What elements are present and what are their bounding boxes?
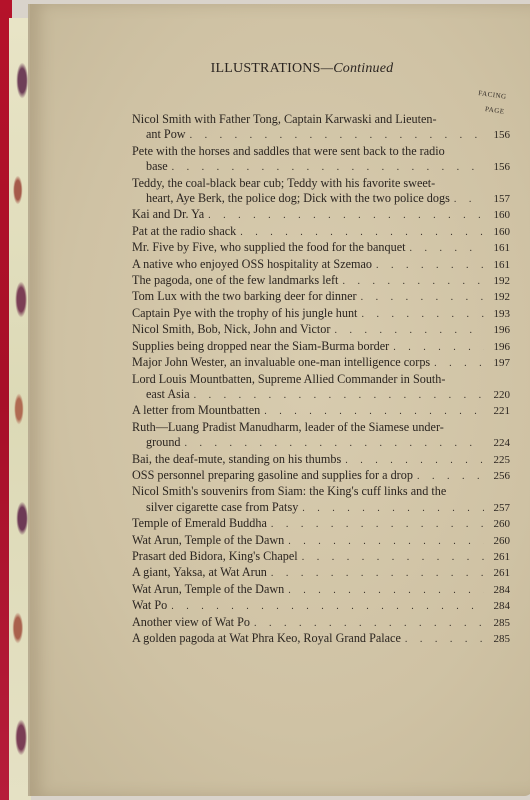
entry-caption: Nicol Smith's souvenirs from Siam: the K… bbox=[132, 484, 446, 499]
dot-leader bbox=[194, 388, 484, 403]
page-number: 221 bbox=[488, 404, 510, 419]
entry-caption: Captain Pye with the trophy of his jungl… bbox=[132, 306, 357, 321]
entry-line: Lord Louis Mountbatten, Supreme Allied C… bbox=[132, 372, 510, 387]
entry-line: Bai, the deaf-mute, standing on his thum… bbox=[132, 452, 510, 468]
entry-caption: Wat Arun, Temple of the Dawn bbox=[132, 533, 284, 548]
list-item: Wat Arun, Temple of the Dawn284 bbox=[132, 582, 510, 598]
dot-leader bbox=[405, 632, 484, 647]
page-number: 196 bbox=[488, 340, 510, 355]
list-item: Major John Wester, an invaluable one-man… bbox=[132, 355, 510, 371]
list-item: The pagoda, one of the few landmarks lef… bbox=[132, 273, 510, 289]
entry-caption: Wat Arun, Temple of the Dawn bbox=[132, 582, 284, 597]
entry-line: Another view of Wat Po285 bbox=[132, 615, 510, 631]
entry-caption: Pat at the radio shack bbox=[132, 224, 236, 239]
entry-caption: A native who enjoyed OSS hospitality at … bbox=[132, 257, 372, 272]
dot-leader bbox=[393, 340, 484, 355]
entry-line: Prasart ded Bidora, King's Chapel261 bbox=[132, 549, 510, 565]
dot-leader bbox=[342, 274, 484, 289]
list-item: Ruth—Luang Pradist Manudharm, leader of … bbox=[132, 420, 510, 452]
illustrations-list: Nicol Smith with Father Tong, Captain Ka… bbox=[132, 112, 510, 647]
entry-caption: Teddy, the coal-black bear cub; Teddy wi… bbox=[132, 176, 435, 191]
dot-leader bbox=[288, 583, 484, 598]
entry-line: east Asia220 bbox=[132, 387, 510, 403]
entry-caption: The pagoda, one of the few landmarks lef… bbox=[132, 273, 338, 288]
entry-line: ant Pow156 bbox=[132, 127, 510, 143]
entry-line: A golden pagoda at Wat Phra Keo, Royal G… bbox=[132, 631, 510, 647]
entry-line: Wat Arun, Temple of the Dawn260 bbox=[132, 533, 510, 549]
page-number: 257 bbox=[488, 501, 510, 516]
dot-leader bbox=[302, 501, 484, 516]
entry-caption: A golden pagoda at Wat Phra Keo, Royal G… bbox=[132, 631, 401, 646]
page-number: 285 bbox=[488, 632, 510, 647]
page-number: 192 bbox=[488, 290, 510, 305]
entry-caption: Nicol Smith, Bob, Nick, John and Victor bbox=[132, 322, 330, 337]
entry-caption: Another view of Wat Po bbox=[132, 615, 250, 630]
entry-line: Temple of Emerald Buddha260 bbox=[132, 516, 510, 532]
page-number: 161 bbox=[488, 241, 510, 256]
list-item: A giant, Yaksa, at Wat Arun261 bbox=[132, 565, 510, 581]
entry-caption: Tom Lux with the two barking deer for di… bbox=[132, 289, 357, 304]
page-number: 284 bbox=[488, 583, 510, 598]
page-number: 225 bbox=[488, 453, 510, 468]
book-page: ILLUSTRATIONS—Continued FACING PAGE Nico… bbox=[28, 4, 530, 796]
dot-leader bbox=[271, 517, 484, 532]
page-number: 156 bbox=[488, 128, 510, 143]
entry-caption: Nicol Smith with Father Tong, Captain Ka… bbox=[132, 112, 437, 127]
entry-line: Kai and Dr. Ya160 bbox=[132, 207, 510, 223]
entry-line: heart, Aye Berk, the police dog; Dick wi… bbox=[132, 191, 510, 207]
entry-line: Pete with the horses and saddles that we… bbox=[132, 144, 510, 159]
dot-leader bbox=[410, 241, 484, 256]
entry-line: Tom Lux with the two barking deer for di… bbox=[132, 289, 510, 305]
entry-line: The pagoda, one of the few landmarks lef… bbox=[132, 273, 510, 289]
entry-caption: OSS personnel preparing gasoline and sup… bbox=[132, 468, 413, 483]
dot-leader bbox=[417, 469, 484, 484]
page-number: 192 bbox=[488, 274, 510, 289]
list-item: Bai, the deaf-mute, standing on his thum… bbox=[132, 452, 510, 468]
list-item: Supplies being dropped near the Siam-Bur… bbox=[132, 339, 510, 355]
dot-leader bbox=[240, 225, 484, 240]
entry-line: ground224 bbox=[132, 435, 510, 451]
list-item: Nicol Smith with Father Tong, Captain Ka… bbox=[132, 112, 510, 144]
entry-caption: east Asia bbox=[146, 387, 190, 402]
list-item: Another view of Wat Po285 bbox=[132, 615, 510, 631]
entry-caption: Bai, the deaf-mute, standing on his thum… bbox=[132, 452, 341, 467]
list-item: Wat Po284 bbox=[132, 598, 510, 614]
entry-caption: Major John Wester, an invaluable one-man… bbox=[132, 355, 430, 370]
list-item: Kai and Dr. Ya160 bbox=[132, 207, 510, 223]
list-item: A golden pagoda at Wat Phra Keo, Royal G… bbox=[132, 631, 510, 647]
list-item: Nicol Smith, Bob, Nick, John and Victor1… bbox=[132, 322, 510, 338]
entry-caption: Lord Louis Mountbatten, Supreme Allied C… bbox=[132, 372, 445, 387]
entry-line: Captain Pye with the trophy of his jungl… bbox=[132, 306, 510, 322]
page-number: 197 bbox=[488, 356, 510, 371]
dot-leader bbox=[334, 323, 484, 338]
dot-leader bbox=[185, 436, 484, 451]
dot-leader bbox=[288, 534, 484, 549]
entry-caption: A letter from Mountbatten bbox=[132, 403, 260, 418]
entry-caption: ant Pow bbox=[146, 127, 186, 142]
entry-line: Nicol Smith's souvenirs from Siam: the K… bbox=[132, 484, 510, 499]
page-number: 285 bbox=[488, 616, 510, 631]
page-number: 260 bbox=[488, 517, 510, 532]
page-number: 224 bbox=[488, 436, 510, 451]
entry-caption: Ruth—Luang Pradist Manudharm, leader of … bbox=[132, 420, 444, 435]
page-number: 284 bbox=[488, 599, 510, 614]
dot-leader bbox=[171, 599, 484, 614]
entry-line: Major John Wester, an invaluable one-man… bbox=[132, 355, 510, 371]
entry-line: Nicol Smith, Bob, Nick, John and Victor1… bbox=[132, 322, 510, 338]
entry-line: Ruth—Luang Pradist Manudharm, leader of … bbox=[132, 420, 510, 435]
entry-line: Teddy, the coal-black bear cub; Teddy wi… bbox=[132, 176, 510, 191]
entry-line: silver cigarette case from Patsy257 bbox=[132, 500, 510, 516]
page-number: 196 bbox=[488, 323, 510, 338]
entry-line: Mr. Five by Five, who supplied the food … bbox=[132, 240, 510, 256]
list-item: Nicol Smith's souvenirs from Siam: the K… bbox=[132, 484, 510, 516]
entry-line: Pat at the radio shack160 bbox=[132, 224, 510, 240]
page-title: ILLUSTRATIONS—Continued bbox=[30, 61, 530, 77]
dot-leader bbox=[271, 566, 484, 581]
entry-caption: base bbox=[146, 159, 168, 174]
entry-caption: Mr. Five by Five, who supplied the food … bbox=[132, 240, 406, 255]
entry-caption: ground bbox=[146, 435, 181, 450]
list-item: Tom Lux with the two barking deer for di… bbox=[132, 289, 510, 305]
page-number: 193 bbox=[488, 307, 510, 322]
page-number: 161 bbox=[488, 258, 510, 273]
page-number: 160 bbox=[488, 225, 510, 240]
heading-suffix: —Continued bbox=[321, 61, 394, 76]
entry-caption: silver cigarette case from Patsy bbox=[146, 500, 298, 515]
page-number: 260 bbox=[488, 534, 510, 549]
list-item: Teddy, the coal-black bear cub; Teddy wi… bbox=[132, 176, 510, 208]
entry-line: Wat Po284 bbox=[132, 598, 510, 614]
page-number: 261 bbox=[488, 566, 510, 581]
entry-line: base156 bbox=[132, 159, 510, 175]
dot-leader bbox=[254, 616, 484, 631]
dot-leader bbox=[376, 258, 484, 273]
entry-line: A native who enjoyed OSS hospitality at … bbox=[132, 257, 510, 273]
entry-line: Wat Arun, Temple of the Dawn284 bbox=[132, 582, 510, 598]
dot-leader bbox=[434, 356, 484, 371]
list-item: Pete with the horses and saddles that we… bbox=[132, 144, 510, 176]
list-item: Temple of Emerald Buddha260 bbox=[132, 516, 510, 532]
dot-leader bbox=[190, 128, 484, 143]
dot-leader bbox=[345, 453, 484, 468]
dot-leader bbox=[172, 160, 484, 175]
page-number: 156 bbox=[488, 160, 510, 175]
entry-caption: Supplies being dropped near the Siam-Bur… bbox=[132, 339, 389, 354]
entry-caption: Temple of Emerald Buddha bbox=[132, 516, 267, 531]
entry-caption: Wat Po bbox=[132, 598, 167, 613]
entry-caption: A giant, Yaksa, at Wat Arun bbox=[132, 565, 267, 580]
list-item: Pat at the radio shack160 bbox=[132, 224, 510, 240]
dot-leader bbox=[454, 192, 484, 207]
dot-leader bbox=[361, 307, 484, 322]
heading-text: ILLUSTRATIONS bbox=[211, 61, 321, 76]
entry-line: A letter from Mountbatten221 bbox=[132, 403, 510, 419]
entry-caption: Prasart ded Bidora, King's Chapel bbox=[132, 549, 298, 564]
list-item: A native who enjoyed OSS hospitality at … bbox=[132, 257, 510, 273]
dot-leader bbox=[264, 404, 484, 419]
page-number: 220 bbox=[488, 388, 510, 403]
entry-line: Nicol Smith with Father Tong, Captain Ka… bbox=[132, 112, 510, 127]
list-item: OSS personnel preparing gasoline and sup… bbox=[132, 468, 510, 484]
entry-line: OSS personnel preparing gasoline and sup… bbox=[132, 468, 510, 484]
entry-caption: Kai and Dr. Ya bbox=[132, 207, 204, 222]
page-number: 157 bbox=[488, 192, 510, 207]
entry-caption: Pete with the horses and saddles that we… bbox=[132, 144, 445, 159]
entry-line: Supplies being dropped near the Siam-Bur… bbox=[132, 339, 510, 355]
dot-leader bbox=[361, 290, 484, 305]
list-item: Mr. Five by Five, who supplied the food … bbox=[132, 240, 510, 256]
list-item: Lord Louis Mountbatten, Supreme Allied C… bbox=[132, 372, 510, 404]
entry-line: A giant, Yaksa, at Wat Arun261 bbox=[132, 565, 510, 581]
list-item: Captain Pye with the trophy of his jungl… bbox=[132, 306, 510, 322]
page-number: 160 bbox=[488, 208, 510, 223]
page-number: 261 bbox=[488, 550, 510, 565]
list-item: Prasart ded Bidora, King's Chapel261 bbox=[132, 549, 510, 565]
list-item: Wat Arun, Temple of the Dawn260 bbox=[132, 533, 510, 549]
list-item: A letter from Mountbatten221 bbox=[132, 403, 510, 419]
entry-caption: heart, Aye Berk, the police dog; Dick wi… bbox=[146, 191, 450, 206]
dot-leader bbox=[208, 208, 484, 223]
dot-leader bbox=[302, 550, 484, 565]
page-number: 256 bbox=[488, 469, 510, 484]
